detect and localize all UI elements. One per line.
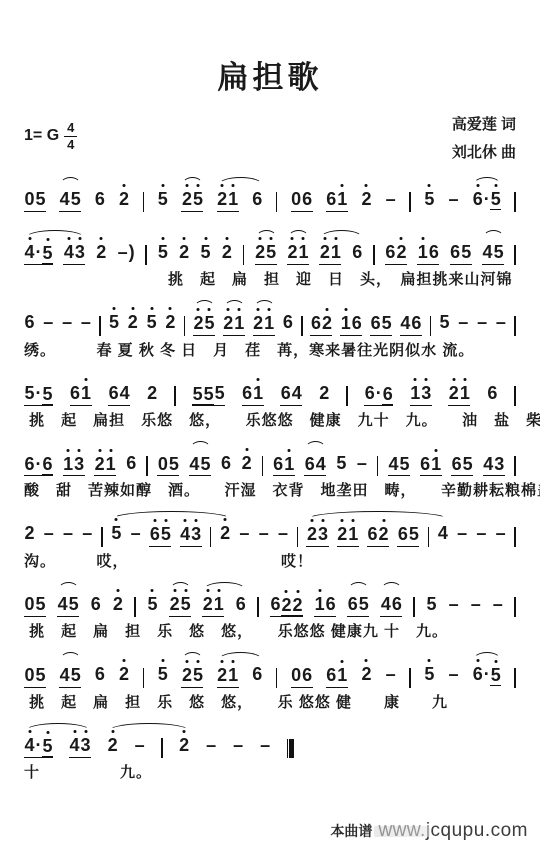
score: 05456252521606612–5–6·54·5432–)525225212… <box>24 175 516 783</box>
slur-arc <box>182 652 203 660</box>
note-group: 5 <box>426 595 437 617</box>
note-group: 622 <box>270 595 303 617</box>
note-char: 3 <box>74 455 85 474</box>
lyric-line: 十 九。 <box>24 761 516 782</box>
note-group: 6 <box>352 243 363 265</box>
note-group: – <box>277 524 288 546</box>
note-char: · <box>483 665 490 684</box>
note-group: – <box>63 524 74 546</box>
note-group: 45 <box>388 455 410 477</box>
slur-arc <box>194 300 215 308</box>
barline <box>99 316 101 336</box>
note-group: – <box>457 524 468 546</box>
barline <box>373 245 375 265</box>
note-char: 6 <box>221 454 232 473</box>
time-top: 4 <box>64 121 77 137</box>
final-barline <box>287 739 294 758</box>
note-char: 5 <box>108 313 119 332</box>
note-group: 61 <box>326 666 348 688</box>
note-char: 6 <box>302 666 313 685</box>
note-char: 5 <box>424 665 435 684</box>
barline <box>276 668 278 688</box>
note-char: – <box>356 454 367 473</box>
note-group: –) <box>117 243 135 265</box>
note-char: 4 <box>482 243 493 262</box>
note-char: 5 <box>157 190 168 209</box>
note-char: 6 <box>370 314 381 333</box>
note-line: 4·5432–)5252252121662166545 <box>24 228 516 265</box>
note-char: 2 <box>96 243 107 262</box>
note-group: – <box>43 313 54 335</box>
note-char: 2 <box>94 455 105 474</box>
note-group: 6 <box>282 313 293 335</box>
note-group: 45 <box>189 455 211 477</box>
note-char: 1 <box>228 190 239 209</box>
song-title: 扁担歌 <box>24 52 516 97</box>
note-group: – <box>495 313 506 335</box>
note-group: – <box>356 454 367 476</box>
note-group: 5 <box>157 665 168 687</box>
slur-arc <box>170 582 191 590</box>
note-group: 2 <box>241 454 252 476</box>
note-char: 5 <box>168 455 179 474</box>
note-char: 4 <box>180 525 191 544</box>
note-char: 5 <box>42 385 53 405</box>
barline <box>146 456 148 476</box>
note-char: 2 <box>169 595 180 614</box>
note-group: – <box>206 736 217 758</box>
note-group: 21 <box>448 384 470 406</box>
note-char: 2 <box>292 596 303 616</box>
note-char: 5 <box>426 595 437 614</box>
note-group: – <box>260 736 271 758</box>
note-group: 5 <box>439 313 450 335</box>
note-group: 2 <box>96 243 107 265</box>
note-group: 5 <box>424 665 435 687</box>
note-group: 6 <box>94 190 105 212</box>
note-group: 62 <box>385 243 407 265</box>
note-group: 5 <box>147 595 158 617</box>
note-char: 6 <box>273 455 284 474</box>
note-line: 6·61321605456261645–45616543 <box>24 439 516 476</box>
note-char: 1 <box>337 190 348 209</box>
note-char: – <box>260 736 271 755</box>
note-char: 5 <box>111 524 122 543</box>
note-group: 06 <box>291 190 313 212</box>
slur-arc <box>254 300 275 308</box>
note-char: 3 <box>191 525 202 544</box>
note-group: 4·5 <box>24 243 53 265</box>
note-char: 5 <box>147 595 158 614</box>
note-group: – <box>492 595 503 617</box>
slur-arc <box>182 177 203 185</box>
note-char: 2 <box>281 596 292 616</box>
note-group: 25 <box>255 243 277 265</box>
note-char: 6 <box>472 665 483 684</box>
note-group: 6 <box>252 190 263 212</box>
key-label: 1= G <box>24 127 59 145</box>
barline <box>514 527 516 547</box>
note-char: 2 <box>112 595 123 614</box>
note-group: 06 <box>291 666 313 688</box>
note-line: 6–––52522521216621665465––– <box>24 298 516 335</box>
note-group: 6 <box>90 595 101 617</box>
note-char: 5 <box>68 595 79 614</box>
note-char: 0 <box>24 190 35 209</box>
note-group: 05 <box>24 666 46 688</box>
note-char: 6 <box>411 314 422 333</box>
note-group: – <box>448 595 459 617</box>
note-group: 61 <box>273 455 295 477</box>
note-group: 43 <box>63 243 85 265</box>
note-char: 2 <box>223 314 234 333</box>
note-char: – <box>476 524 487 543</box>
note-group: 2 <box>179 243 190 265</box>
note-char: 6 <box>352 243 363 262</box>
note-char: 5 <box>192 666 203 685</box>
barline <box>276 192 278 212</box>
note-group: 21 <box>223 314 245 336</box>
note-char: · <box>483 190 490 209</box>
note-group: – <box>233 736 244 758</box>
note-char: 6 <box>326 666 337 685</box>
note-group: 43 <box>180 525 202 547</box>
note-char: 4 <box>24 736 35 755</box>
note-char: 6 <box>90 595 101 614</box>
barline <box>514 245 516 265</box>
lyric-line: 挑 起 扁 担 乐 悠 悠， 乐 悠悠 健 康 九 <box>24 691 516 712</box>
note-char: 2 <box>107 736 118 755</box>
note-line: 0545625252166221665465––– <box>24 580 516 617</box>
note-char: 6 <box>347 595 358 614</box>
barline <box>409 192 411 212</box>
note-char: 1 <box>337 666 348 685</box>
note-group: 2 <box>147 384 158 406</box>
note-line: 5·561642555616426·613216 <box>24 369 516 406</box>
note-group: 2 <box>165 313 176 335</box>
note-char: 5 <box>42 244 53 264</box>
note-group: 05 <box>24 595 46 617</box>
barline <box>210 527 212 547</box>
note-char: 5 <box>24 384 35 403</box>
note-group: – <box>448 665 459 687</box>
note-group: 21 <box>202 595 224 617</box>
lyric-line: 挑 起 扁 担 乐 悠 悠， 乐悠悠 健康九 十 九。 <box>24 620 516 641</box>
note-group: 05 <box>24 190 46 212</box>
slur-arc <box>218 177 263 185</box>
slur-arc <box>60 177 81 185</box>
note-group: 61 <box>420 455 442 477</box>
slur-arc <box>307 511 448 519</box>
note-char: 4 <box>24 243 35 262</box>
barline <box>161 738 163 758</box>
note-char: – <box>117 243 128 262</box>
note-group: 16 <box>314 595 336 617</box>
note-char: 5 <box>192 190 203 209</box>
note-char: 6 <box>126 454 137 473</box>
note-char: 5 <box>157 665 168 684</box>
note-char: 2 <box>319 243 330 262</box>
note-group: 21 <box>253 314 275 336</box>
note-group: – <box>495 524 506 546</box>
note-char: – <box>206 736 217 755</box>
note-group: 65 <box>347 595 369 617</box>
note-group: 65 <box>149 525 171 547</box>
note-group: 05 <box>157 455 179 477</box>
note-group: 555 <box>192 384 225 406</box>
composer: 刘北休 曲 <box>452 139 516 167</box>
note-char: 5 <box>266 243 277 262</box>
note-char: 6 <box>252 190 263 209</box>
note-char: 2 <box>221 243 232 262</box>
note-group: 2 <box>119 665 130 687</box>
note-char: · <box>35 384 42 403</box>
note-char: 2 <box>396 243 407 262</box>
note-char: 2 <box>448 384 459 403</box>
note-char: 6 <box>391 595 402 614</box>
note-char: 5 <box>408 525 419 544</box>
note-char: – <box>43 524 54 543</box>
note-group: 2 <box>361 190 372 212</box>
note-char: – <box>448 190 459 209</box>
note-char: 3 <box>80 736 91 755</box>
note-char: – <box>457 524 468 543</box>
note-char: 0 <box>291 190 302 209</box>
slur-arc <box>108 723 190 731</box>
note-char: – <box>448 665 459 684</box>
note-char: 4 <box>59 190 70 209</box>
note-group: 2 <box>127 313 138 335</box>
barline <box>428 527 430 547</box>
note-char: 6 <box>325 595 336 614</box>
note-group: 16 <box>417 243 439 265</box>
note-group: 21 <box>287 243 309 265</box>
note-group: 25 <box>169 595 191 617</box>
note-char: – <box>258 524 269 543</box>
note-char: – <box>239 524 250 543</box>
note-char: 4 <box>437 524 448 543</box>
note-char: 5 <box>203 385 214 405</box>
note-char: 6 <box>302 190 313 209</box>
note-line: 2–––5–65432–––232162654––– <box>24 509 516 546</box>
note-group: 6 <box>94 665 105 687</box>
barline <box>514 192 516 212</box>
note-char: – <box>134 736 145 755</box>
note-char: 2 <box>202 595 213 614</box>
note-char: 5 <box>192 385 203 405</box>
note-char: 1 <box>105 455 116 474</box>
note-char: 2 <box>361 190 372 209</box>
note-char: 5 <box>336 454 347 473</box>
note-char: 6 <box>326 190 337 209</box>
sheet-page: 扁担歌 1= G 4 4 高爱莲 词 刘北休 曲 054562525216066… <box>0 52 540 782</box>
note-char: 2 <box>287 243 298 262</box>
slur-arc <box>320 230 363 238</box>
note-char: 6 <box>364 384 375 403</box>
note-group: – <box>239 524 250 546</box>
note-group: 25 <box>181 666 203 688</box>
note-group: 45 <box>59 190 81 212</box>
note-char: 3 <box>317 525 328 544</box>
note-char: 5 <box>70 190 81 209</box>
note-char: 1 <box>264 314 275 333</box>
note-char: 5 <box>358 595 369 614</box>
faded-watermark <box>374 826 430 837</box>
note-char: 5 <box>157 243 168 262</box>
meta-row: 1= G 4 4 高爱莲 词 刘北休 曲 <box>24 111 516 167</box>
note-char: 6 <box>397 525 408 544</box>
slur-arc <box>288 230 309 238</box>
note-char: – <box>477 313 488 332</box>
note-char: – <box>82 524 93 543</box>
note-char: 4 <box>400 314 411 333</box>
barline <box>301 316 303 336</box>
note-char: 6 <box>420 455 431 474</box>
note-char: 4 <box>380 595 391 614</box>
note-char: 2 <box>337 525 348 544</box>
note-group: 21 <box>217 190 239 212</box>
note-char: 1 <box>340 314 351 333</box>
note-group: 5 <box>200 243 211 265</box>
lyricist: 高爱莲 词 <box>452 111 516 139</box>
note-char: 2 <box>378 525 389 544</box>
slur-arc <box>305 441 326 449</box>
note-char: – <box>80 313 91 332</box>
note-group: 13 <box>410 384 432 406</box>
note-char: 2 <box>193 314 204 333</box>
note-group: – <box>134 736 145 758</box>
slur-arc <box>473 652 501 660</box>
note-char: 2 <box>179 736 190 755</box>
note-group: 61 <box>242 384 264 406</box>
note-char: – <box>458 313 469 332</box>
note-group: 2 <box>119 190 130 212</box>
note-group: – <box>458 313 469 335</box>
note-group: – <box>448 190 459 212</box>
note-char: 2 <box>147 384 158 403</box>
note-group: – <box>470 595 481 617</box>
site-prefix: 本曲谱 <box>330 821 372 841</box>
note-char: 1 <box>410 384 421 403</box>
note-char: 6 <box>385 243 396 262</box>
note-char: 6 <box>149 525 160 544</box>
note-char: 2 <box>165 313 176 332</box>
note-char: ) <box>128 243 135 262</box>
barline <box>145 245 147 265</box>
note-group: 43 <box>69 736 91 758</box>
barline <box>514 316 516 336</box>
note-group: 45 <box>59 666 81 688</box>
note-char: 2 <box>181 190 192 209</box>
note-char: 6 <box>310 314 321 333</box>
note-group: 21 <box>337 525 359 547</box>
note-char: 2 <box>217 190 228 209</box>
note-char: 6 <box>367 525 378 544</box>
slur-arc <box>483 230 504 238</box>
note-line: 05456252521606612–5–6·5 <box>24 175 516 212</box>
note-char: 1 <box>63 455 74 474</box>
barline <box>413 597 415 617</box>
barline <box>184 316 186 336</box>
note-char: 6 <box>451 455 462 474</box>
note-char: 6 <box>304 455 315 474</box>
slur-arc <box>25 723 91 731</box>
note-group: 2 <box>24 524 35 546</box>
note-char: 3 <box>74 243 85 262</box>
note-group: 2 <box>112 595 123 617</box>
note-group: 6 <box>487 384 498 406</box>
note-char: 1 <box>330 243 341 262</box>
note-char: – <box>495 524 506 543</box>
key-signature: 1= G 4 4 <box>24 121 77 151</box>
note-group: 6·5 <box>472 190 501 212</box>
note-group: 5 <box>157 243 168 265</box>
barline <box>262 456 264 476</box>
note-char: 1 <box>228 666 239 685</box>
note-char: 5 <box>204 314 215 333</box>
note-char: 6 <box>242 384 253 403</box>
note-group: – <box>43 524 54 546</box>
note-char: 5 <box>439 313 450 332</box>
note-char: 3 <box>421 384 432 403</box>
note-group: 6·6 <box>24 455 53 477</box>
note-char: – <box>62 313 73 332</box>
slur-arc <box>58 582 79 590</box>
note-group: 2 <box>361 665 372 687</box>
note-char: 0 <box>291 666 302 685</box>
note-char: · <box>375 384 382 403</box>
note-char: 2 <box>217 666 228 685</box>
note-group: 5 <box>157 190 168 212</box>
note-group: 6 <box>235 595 246 617</box>
note-group: 5 <box>336 454 347 476</box>
note-char: 6 <box>252 665 263 684</box>
note-char: 5 <box>462 455 473 474</box>
note-char: – <box>233 736 244 755</box>
note-char: 4 <box>291 384 302 403</box>
note-char: 4 <box>59 666 70 685</box>
note-char: 5 <box>200 243 211 262</box>
note-group: 64 <box>280 384 302 406</box>
note-group: 21 <box>319 243 341 265</box>
lyric-line: 挑 起 扁担 乐悠 悠， 乐悠悠 健康 九十 九。 油 盐 柴米 数指 头， <box>24 409 516 430</box>
note-group: 61 <box>70 384 92 406</box>
note-char: 2 <box>319 384 330 403</box>
note-char: – <box>470 595 481 614</box>
note-char: 1 <box>234 314 245 333</box>
note-group: 43 <box>483 455 505 477</box>
barline <box>101 527 103 547</box>
slur-arc <box>203 582 246 590</box>
note-char: 6 <box>382 385 393 405</box>
note-char: 6 <box>282 313 293 332</box>
note-char: 4 <box>483 455 494 474</box>
note-char: · <box>35 736 42 755</box>
note-char: 1 <box>417 243 428 262</box>
note-group: 2 <box>220 524 231 546</box>
note-line: 4·5432–2––– <box>24 721 516 758</box>
slur-arc <box>190 441 211 449</box>
note-char: 2 <box>321 314 332 333</box>
note-group: – <box>385 190 396 212</box>
note-group: 23 <box>306 525 328 547</box>
note-group: – <box>130 524 141 546</box>
note-char: 5 <box>180 595 191 614</box>
note-group: 21 <box>94 455 116 477</box>
barline <box>257 597 259 617</box>
slur-arc <box>224 300 245 308</box>
note-char: · <box>35 455 42 474</box>
